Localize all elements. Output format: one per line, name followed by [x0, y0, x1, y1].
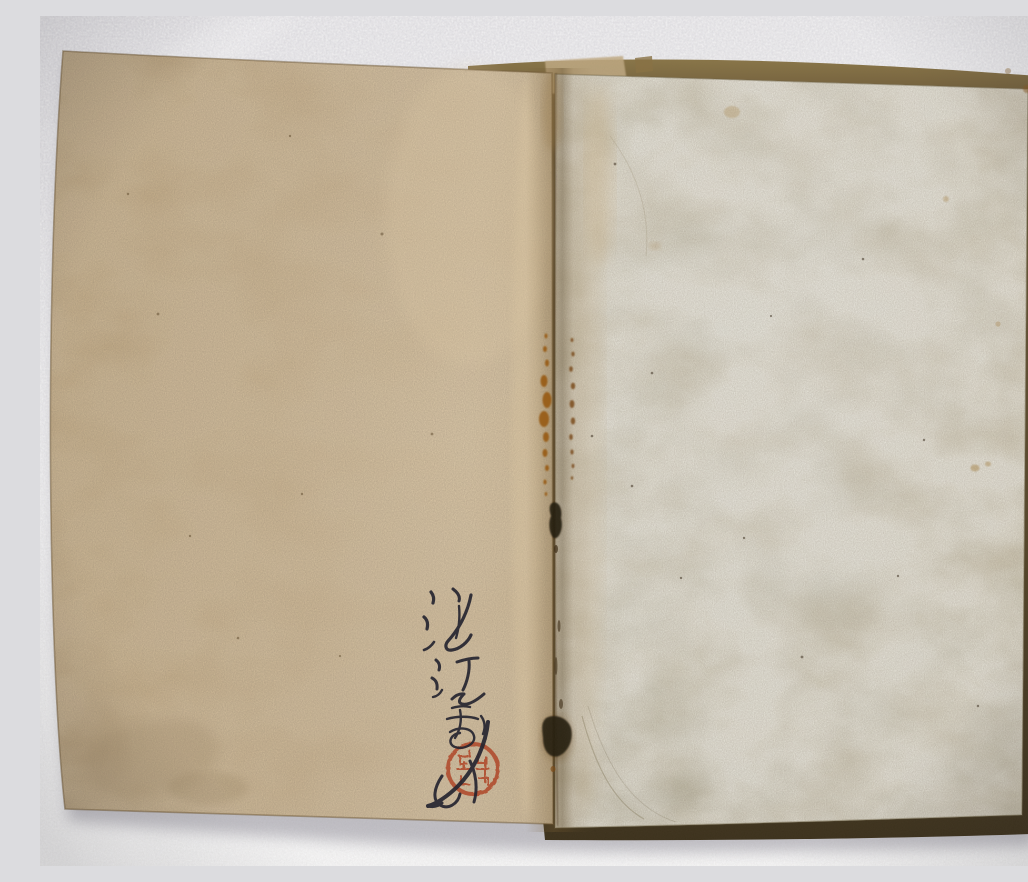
book-photo-canvas	[40, 16, 1028, 866]
photo-grain	[40, 16, 1028, 866]
photograph: Photograph of an antique book lying open…	[40, 16, 1028, 866]
